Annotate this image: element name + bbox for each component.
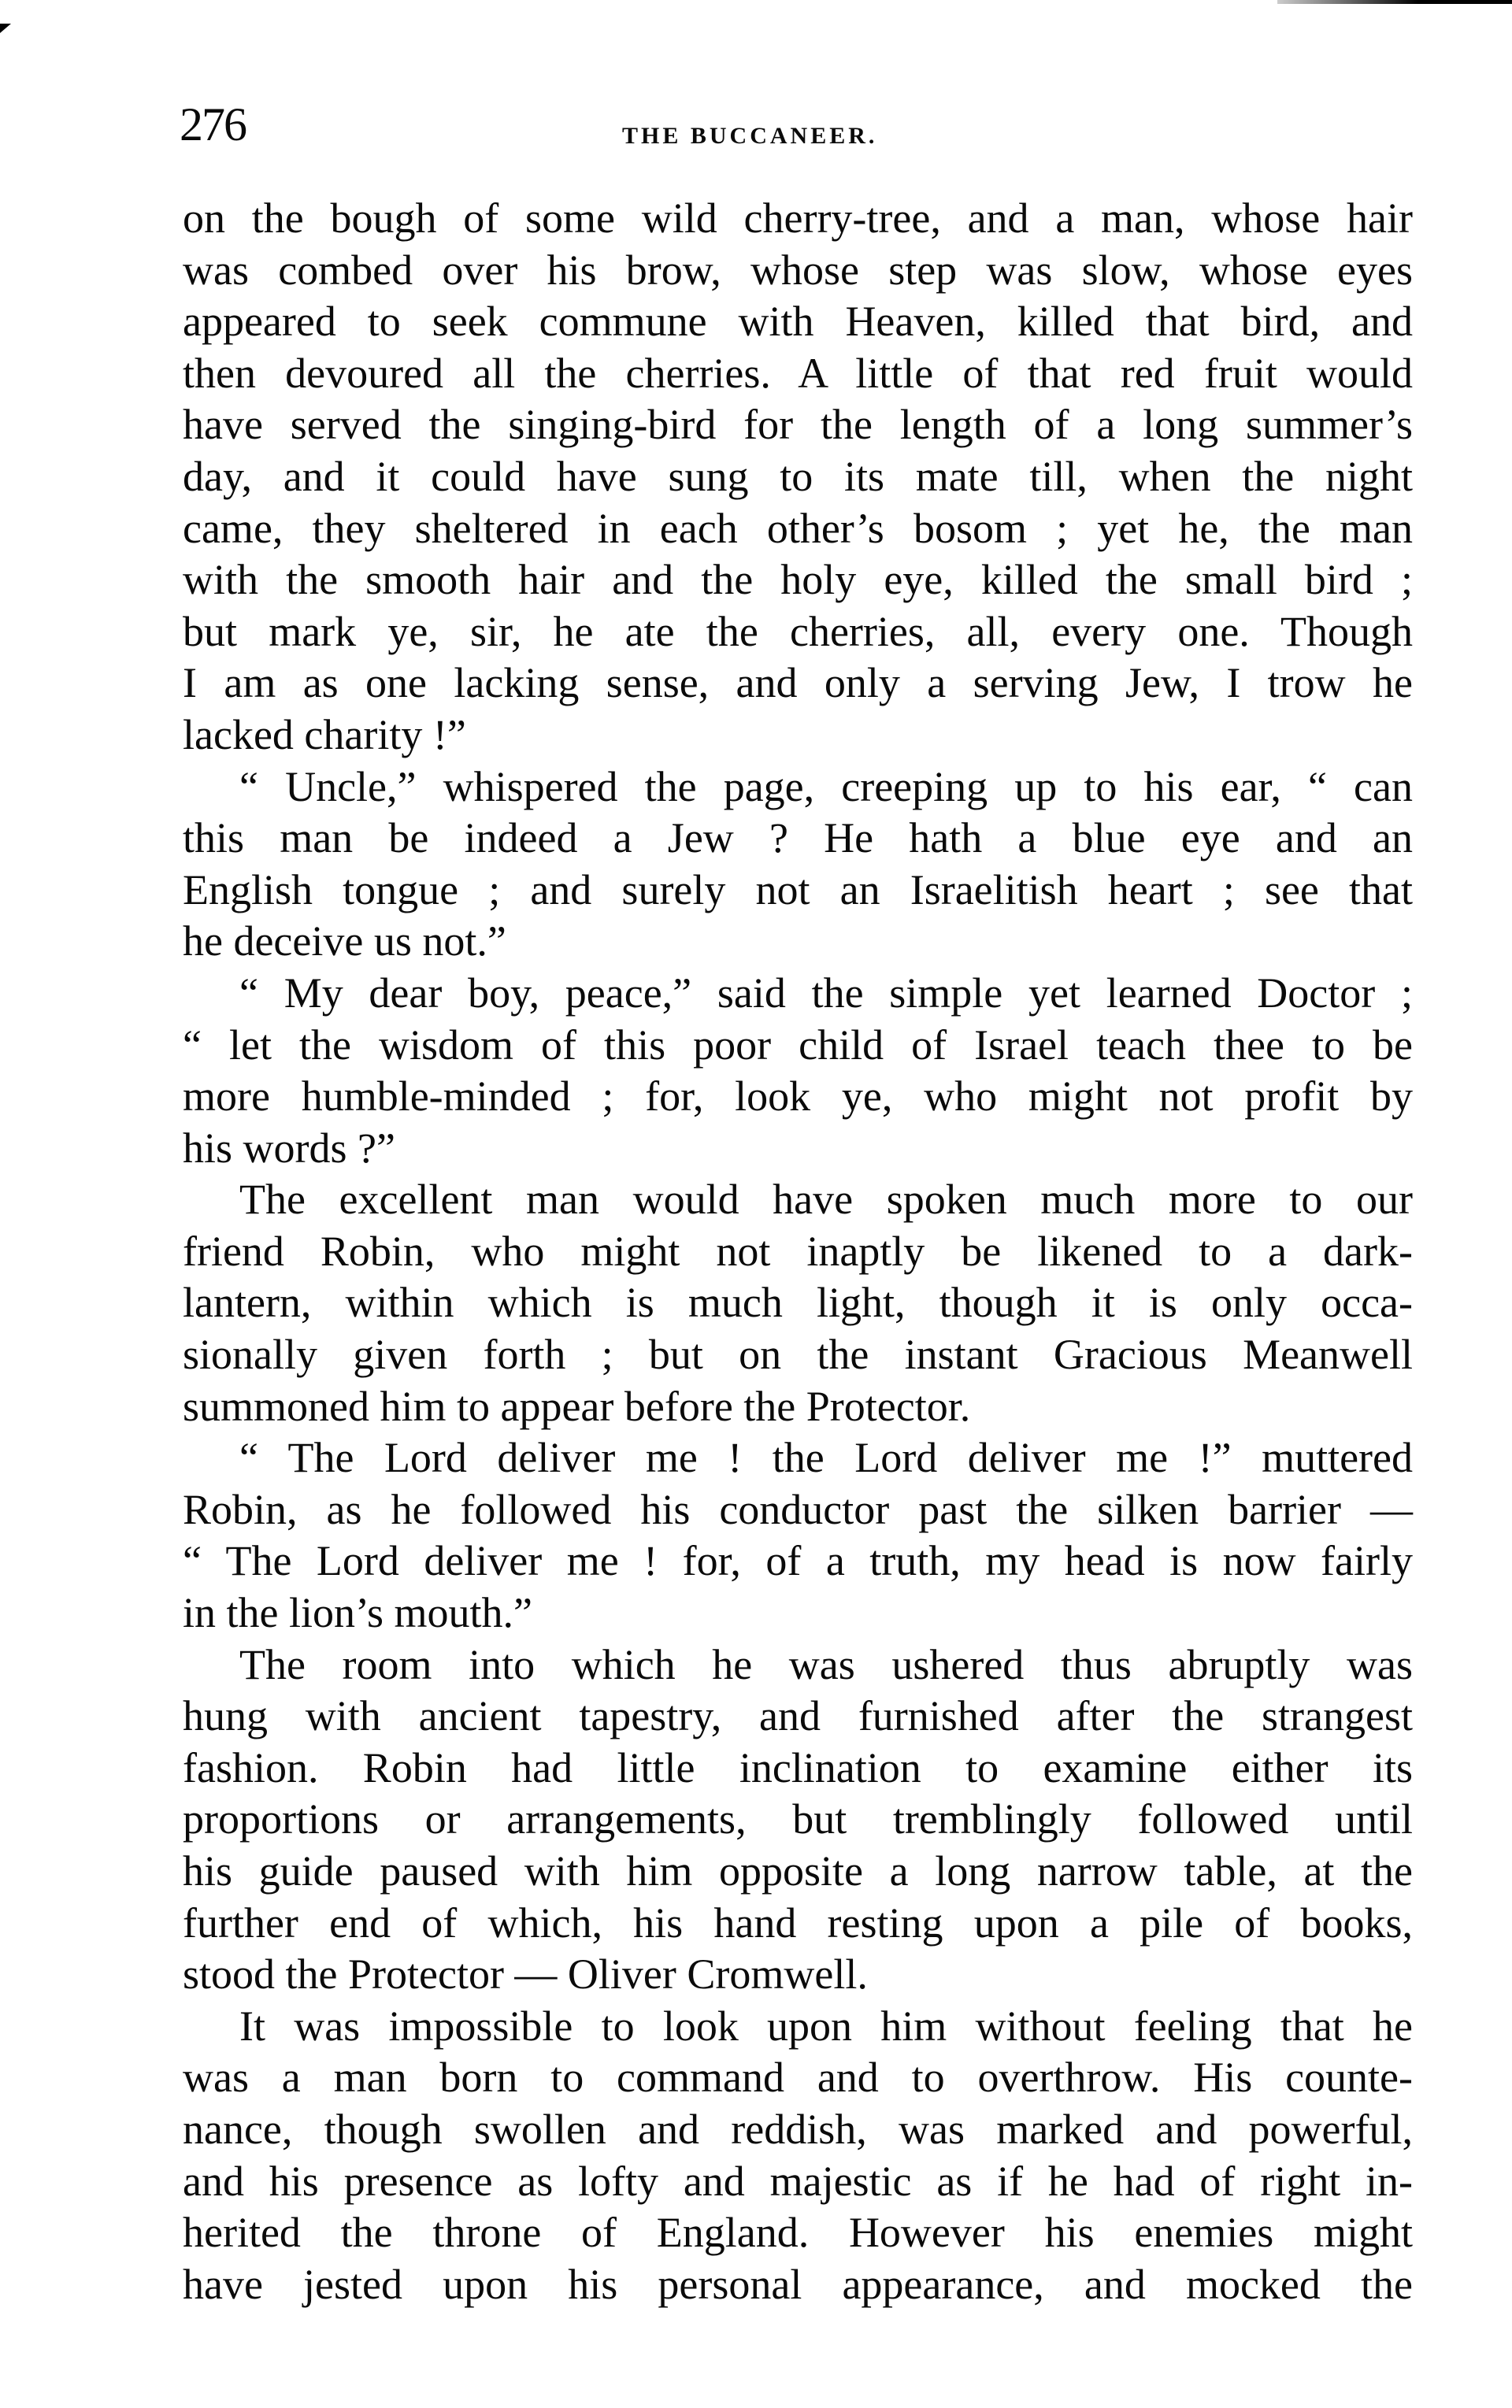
text-line: hung with ancient tapestry, and furnishe… <box>183 1691 1413 1743</box>
text-line: came, they sheltered in each other’s bos… <box>183 503 1413 555</box>
text-line: It was impossible to look upon him witho… <box>183 2001 1413 2053</box>
text-line: sionally given forth ; but on the instan… <box>183 1329 1413 1381</box>
text-line: “ My dear boy, peace,” said the simple y… <box>183 968 1413 1020</box>
text-line: appeared to seek commune with Heaven, ki… <box>183 296 1413 348</box>
text-line: and his presence as lofty and majestic a… <box>183 2156 1413 2208</box>
text-line: have served the singing-bird for the len… <box>183 399 1413 451</box>
body-text: on the bough of some wild cherry-tree, a… <box>183 193 1413 2310</box>
text-line: his words ?” <box>183 1123 1413 1175</box>
text-line: I am as one lacking sense, and only a se… <box>183 658 1413 709</box>
text-line: he deceive us not.” <box>183 916 1413 968</box>
text-line: nance, though swollen and reddish, was m… <box>183 2104 1413 2156</box>
text-line: Robin, as he followed his conductor past… <box>183 1484 1413 1536</box>
text-line: summoned him to appear before the Protec… <box>183 1381 1413 1433</box>
text-line: “ Uncle,” whispered the page, creeping u… <box>183 761 1413 813</box>
text-line: in the lion’s mouth.” <box>183 1587 1413 1639</box>
text-line: The excellent man would have spoken much… <box>183 1174 1413 1226</box>
text-line: but mark ye, sir, he ate the cherries, a… <box>183 606 1413 658</box>
text-line: lacked charity !” <box>183 709 1413 761</box>
running-head: THE BUCCANEER. <box>622 124 877 148</box>
text-line: herited the throne of England. However h… <box>183 2207 1413 2259</box>
text-line: was combed over his brow, whose step was… <box>183 245 1413 297</box>
text-line: “ The Lord deliver me ! for, of a truth,… <box>183 1536 1413 1587</box>
text-line: more humble-minded ; for, look ye, who m… <box>183 1071 1413 1123</box>
text-line: “ let the wisdom of this poor child of I… <box>183 1020 1413 1072</box>
text-line: proportions or arrangements, but trembli… <box>183 1794 1413 1846</box>
text-line: stood the Protector — Oliver Cromwell. <box>183 1949 1413 2001</box>
text-line: day, and it could have sung to its mate … <box>183 451 1413 503</box>
text-line: English tongue ; and surely not an Israe… <box>183 865 1413 917</box>
text-line: further end of which, his hand resting u… <box>183 1898 1413 1950</box>
text-line: “ The Lord deliver me ! the Lord deliver… <box>183 1432 1413 1484</box>
text-line: was a man born to command and to overthr… <box>183 2052 1413 2104</box>
text-line: fashion. Robin had little inclination to… <box>183 1743 1413 1795</box>
text-line: friend Robin, who might not inaptly be l… <box>183 1226 1413 1278</box>
text-line: this man be indeed a Jew ? He hath a blu… <box>183 813 1413 865</box>
text-line: with the smooth hair and the holy eye, k… <box>183 554 1413 606</box>
scan-corner-mark <box>0 24 11 33</box>
text-line: his guide paused with him opposite a lon… <box>183 1846 1413 1898</box>
text-line: then devoured all the cherries. A little… <box>183 348 1413 400</box>
scan-edge-rule <box>1277 0 1512 4</box>
text-line: on the bough of some wild cherry-tree, a… <box>183 193 1413 245</box>
text-line: The room into which he was ushered thus … <box>183 1639 1413 1691</box>
page-number: 276 <box>180 101 246 148</box>
text-line: lantern, within which is much light, tho… <box>183 1277 1413 1329</box>
text-line: have jested upon his personal appearance… <box>183 2259 1413 2311</box>
